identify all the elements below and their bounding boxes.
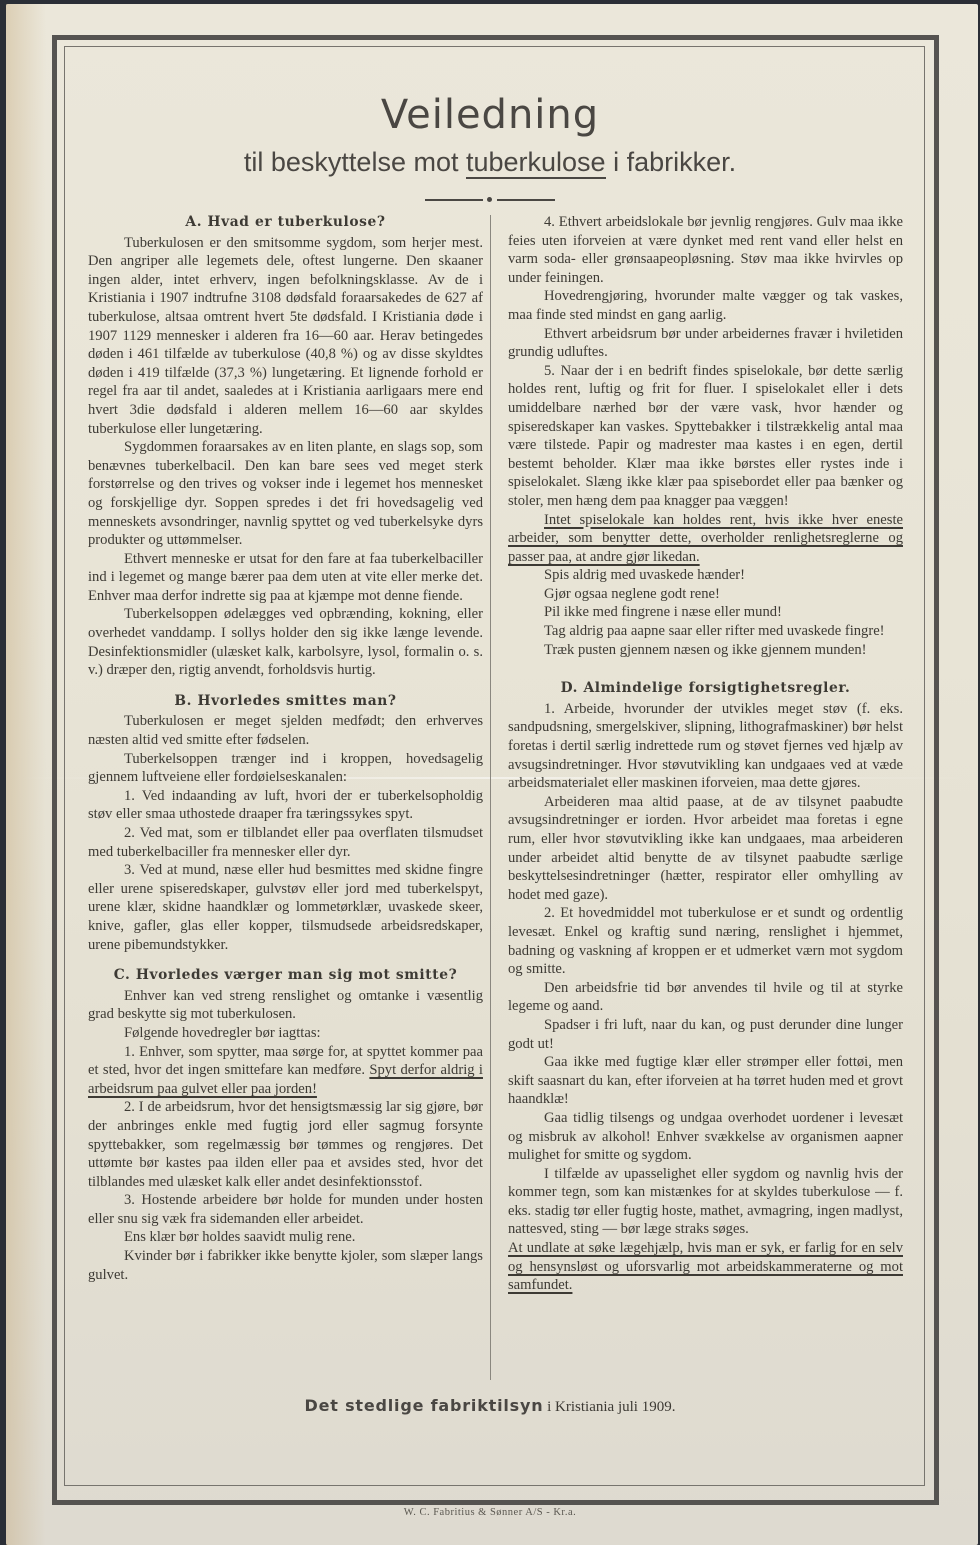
subtitle-suffix: i fabrikker. [606,147,737,177]
signature-line: Det stedlige fabriktilsyn i Kristiania j… [0,1396,980,1416]
section-c-paragraph: Enhver kan ved streng renslighet og omta… [88,987,483,1024]
section-c-paragraph: 1. Enhver, som spytter, maa sørge for, a… [88,1043,483,1099]
section-b-paragraph: 1. Ved indaanding av luft, hvori der er … [88,787,483,824]
section-c-heading: C. Hvorledes værger man sig mot smitte? [88,966,483,985]
hygiene-rule: Træk pusten gjennem næsen og ikke gjenne… [508,641,903,660]
section-d-paragraph: Den arbeidsfrie tid bør anvendes til hvi… [508,979,903,1016]
section-d-paragraph: Gaa tidlig tilsengs og undgaa overhodet … [508,1109,903,1165]
section-d-paragraph: 2. Et hovedmiddel mot tuberkulose er et … [508,904,903,978]
section-c-paragraph: 2. I de arbeidsrum, hvor det hensigtsmæs… [88,1098,483,1191]
section-a-paragraph: Ethvert menneske er utsat for den fare a… [88,550,483,606]
section-c-paragraph: Hovedrengjøring, hvorunder malte vægger … [508,287,903,324]
section-b-heading: B. Hvorledes smittes man? [88,692,483,711]
section-c-paragraph: Ens klær bør holdes saavidt mulig rene. [88,1228,483,1247]
section-c-paragraph: 4. Ethvert arbeidslokale bør jevnlig ren… [508,213,903,287]
hygiene-rule: Tag aldrig paa aapne saar eller rifter m… [508,622,903,641]
subtitle-keyword: tuberkulose [466,147,606,179]
printer-imprint: W. C. Fabritius & Sønner A/S - Kr.a. [0,1507,980,1518]
section-c-paragraph: Ethvert arbeidsrum bør under arbeidernes… [508,325,903,362]
hygiene-rule: Gjør ogsaa neglene godt rene! [508,585,903,604]
left-column: A. Hvad er tuberkulose? Tuberkulosen er … [88,213,483,1284]
section-a-paragraph: Tuberkelsoppen ødelægges ved opbrænding,… [88,605,483,679]
section-a-paragraph: Tuberkulosen er den smitsomme sygdom, so… [88,234,483,439]
section-c-paragraph: Kvinder bør i fabrikker ikke benytte kjo… [88,1247,483,1284]
issuing-authority: Det stedlige fabriktilsyn [305,1396,544,1415]
section-b-paragraph: 2. Ved mat, som er tilblandet eller paa … [88,824,483,861]
section-b-paragraph: Tuberkulosen er meget sjelden medfødt; d… [88,712,483,749]
right-column: 4. Ethvert arbeidslokale bør jevnlig ren… [508,213,903,1295]
section-d-paragraph: Gaa ikke med fugtige klær eller strømper… [508,1053,903,1109]
section-d-paragraph: Arbeideren maa altid paase, at de av til… [508,793,903,905]
section-b-paragraph: Tuberkelsoppen trænger ind i kroppen, ho… [88,750,483,787]
section-d-paragraph: 1. Arbeide, hvorunder der utvikles meget… [508,700,903,793]
section-d-paragraph: Spadser i fri luft, naar du kan, og pust… [508,1016,903,1053]
section-c-paragraph: Følgende hovedregler bør iagttas: [88,1024,483,1043]
column-divider [490,215,491,1380]
document-subtitle: til beskyttelse mot tuberkulose i fabrik… [0,147,980,178]
title-ornament [425,196,555,204]
section-a-heading: A. Hvad er tuberkulose? [88,213,483,232]
section-b-paragraph: 3. Ved at mund, næse eller hud besmittes… [88,861,483,954]
place-and-date: i Kristiania juli 1909. [543,1399,675,1415]
section-d-heading: D. Almindelige forsigtighetsregler. [508,679,903,698]
document-title: Veiledning [0,92,980,138]
section-d-paragraph: I tilfælde av upasselighet eller sygdom … [508,1165,903,1239]
section-a-paragraph: Sygdommen foraarsakes av en liten plante… [88,438,483,550]
section-c-paragraph: 3. Hostende arbeidere bør holde for mund… [88,1191,483,1228]
subtitle-prefix: til beskyttelse mot [244,147,466,177]
hygiene-rule: Spis aldrig med uvaskede hænder! [508,566,903,585]
hygiene-rule: Pil ikke med fingrene i næse eller mund! [508,603,903,622]
section-c-paragraph: 5. Naar der i en bedrift findes spiselok… [508,362,903,511]
emphasized-warning: Intet spiselokale kan holdes rent, hvis … [508,511,903,567]
final-warning: At undlate at søke lægehjælp, hvis man e… [508,1239,903,1295]
